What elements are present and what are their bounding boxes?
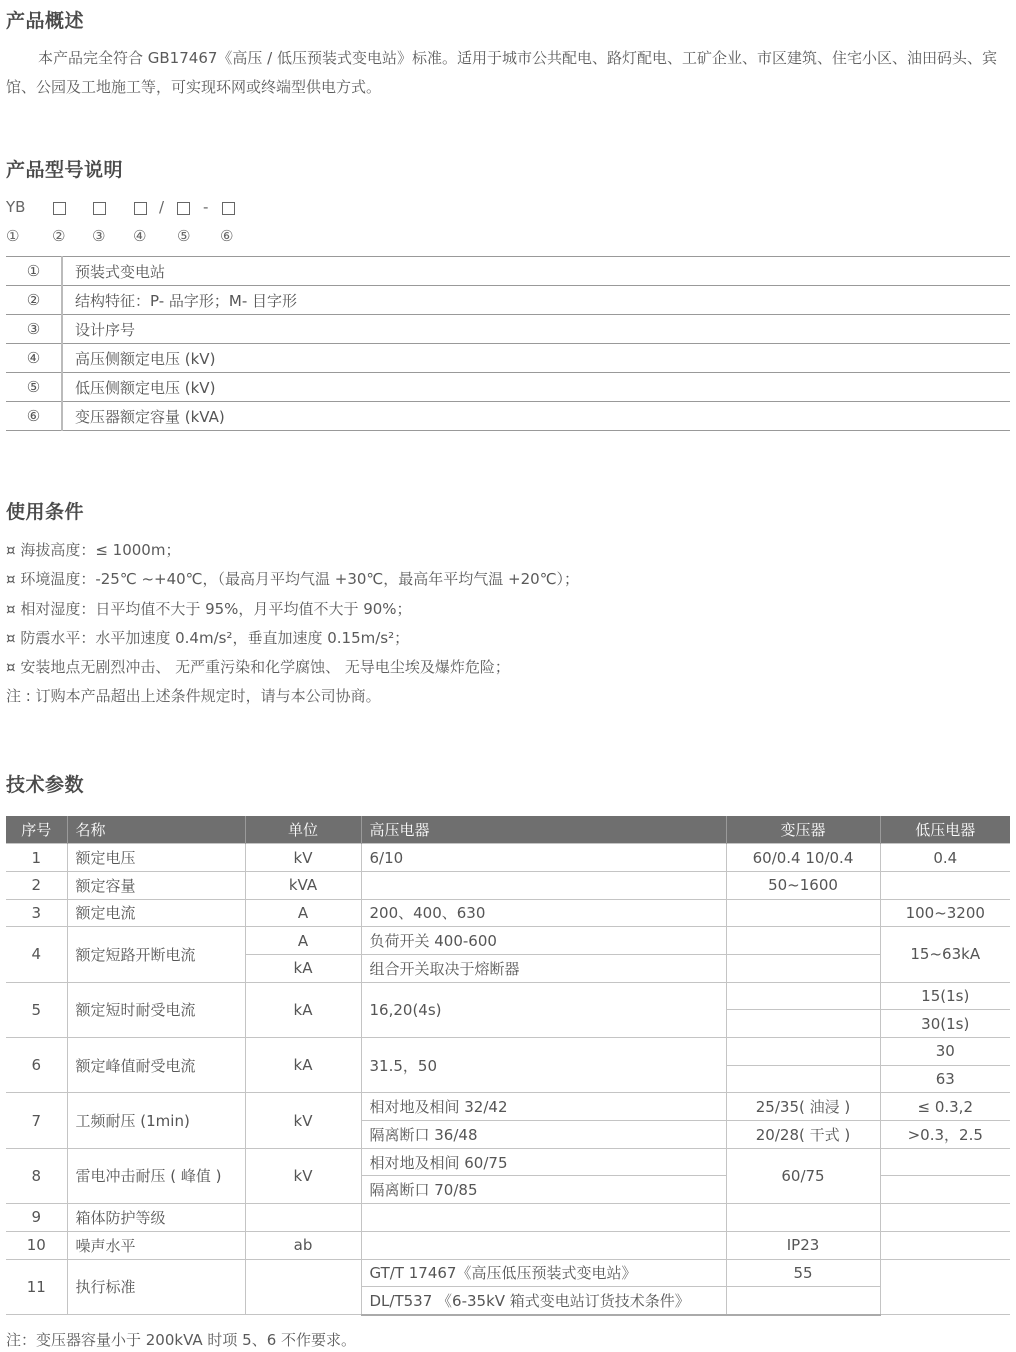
cell-no: 5 bbox=[6, 982, 67, 1037]
table-row: 6 额定峰值耐受电流 kA 31.5，50 30 bbox=[6, 1038, 1010, 1066]
table-row: 2 额定容量 kVA 50~1600 bbox=[6, 871, 1010, 899]
condition-text: 海拔高度：≤ 1000m； bbox=[20, 541, 180, 559]
cell-transformer: 20/28( 干式 ) bbox=[726, 1121, 880, 1149]
header-name: 名称 bbox=[67, 816, 245, 844]
cell-hv: 相对地及相间 32/42 bbox=[361, 1093, 726, 1121]
cell-hv bbox=[361, 1204, 726, 1232]
cell-transformer bbox=[726, 1010, 880, 1038]
condition-text: 防震水平：水平加速度 0.4m/s²，垂直加速度 0.15m/s²； bbox=[20, 629, 409, 647]
table-row: 1 额定电压 kV 6/10 60/0.4 10/0.4 0.4 bbox=[6, 844, 1010, 872]
cell-name: 额定短路开断电流 bbox=[67, 927, 245, 982]
placeholder-box-icon bbox=[53, 202, 66, 215]
table-row: ③设计序号 bbox=[6, 315, 1010, 344]
table-row: 8 雷电冲击耐压 ( 峰值 ) kV 相对地及相间 60/75 60/75 bbox=[6, 1148, 1010, 1176]
cell-lv: ≤ 0.3,2 bbox=[880, 1093, 1010, 1121]
cell-hv: 隔离断口 70/85 bbox=[361, 1176, 726, 1204]
item-description: 设计序号 bbox=[62, 315, 1010, 344]
cell-lv bbox=[880, 1259, 1010, 1315]
cell-unit: kA bbox=[245, 954, 361, 982]
item-number: ① bbox=[6, 257, 62, 286]
cell-hv bbox=[361, 871, 726, 899]
section-title-conditions: 使用条件 bbox=[6, 497, 84, 524]
header-unit: 单位 bbox=[245, 816, 361, 844]
cell-hv: 31.5，50 bbox=[361, 1038, 726, 1093]
conditions-note: 注 : 订购本产品超出上述条件规定时，请与本公司协商。 bbox=[6, 682, 579, 711]
cell-lv bbox=[880, 1148, 1010, 1176]
model-slash: / bbox=[159, 198, 164, 216]
cell-lv bbox=[880, 1231, 1010, 1259]
list-item: ¤ 环境温度：-25℃ ~+40℃，（最高月平均气温 +30℃，最高年平均气温 … bbox=[6, 565, 579, 594]
cell-no: 9 bbox=[6, 1204, 67, 1232]
cell-lv: >0.3，2.5 bbox=[880, 1121, 1010, 1149]
model-dash: - bbox=[203, 198, 208, 216]
header-no: 序号 bbox=[6, 816, 67, 844]
table-row: 11 执行标准 GT/T 17467《高压低压预装式变电站》 55 bbox=[6, 1259, 1010, 1287]
cell-transformer bbox=[726, 1287, 880, 1315]
cell-transformer: 25/35( 油浸 ) bbox=[726, 1093, 880, 1121]
marker: ① bbox=[6, 227, 19, 245]
cell-hv: GT/T 17467《高压低压预装式变电站》 bbox=[361, 1259, 726, 1287]
cell-hv: 负荷开关 400-600 bbox=[361, 927, 726, 955]
item-description: 低压侧额定电压 (kV) bbox=[62, 373, 1010, 402]
cell-lv: 100~3200 bbox=[880, 899, 1010, 927]
condition-text: 环境温度：-25℃ ~+40℃，（最高月平均气温 +30℃，最高年平均气温 +2… bbox=[20, 570, 579, 588]
cell-no: 4 bbox=[6, 927, 67, 982]
cell-no: 10 bbox=[6, 1231, 67, 1259]
placeholder-box-icon bbox=[177, 202, 190, 215]
tech-footnote: 注：变压器容量小于 200kVA 时项 5、6 不作要求。 bbox=[6, 1329, 356, 1350]
item-number: ⑤ bbox=[6, 373, 62, 402]
cell-transformer: IP23 bbox=[726, 1231, 880, 1259]
placeholder-box-icon bbox=[93, 202, 106, 215]
tech-params-table: 序号 名称 单位 高压电器 变压器 低压电器 1 额定电压 kV 6/10 60… bbox=[6, 816, 1010, 1316]
cell-name: 额定电流 bbox=[67, 899, 245, 927]
header-hv: 高压电器 bbox=[361, 816, 726, 844]
cell-hv: DL/T537 《6-35kV 箱式变电站订货技术条件》 bbox=[361, 1287, 726, 1315]
cell-name: 额定容量 bbox=[67, 871, 245, 899]
bullet-icon: ¤ bbox=[6, 629, 16, 647]
cell-lv bbox=[880, 871, 1010, 899]
cell-hv: 6/10 bbox=[361, 844, 726, 872]
cell-name: 工频耐压 (1min) bbox=[67, 1093, 245, 1148]
table-row: ⑤低压侧额定电压 (kV) bbox=[6, 373, 1010, 402]
cell-lv: 63 bbox=[880, 1065, 1010, 1093]
table-row: 10 噪声水平 ab IP23 bbox=[6, 1231, 1010, 1259]
cell-lv: 0.4 bbox=[880, 844, 1010, 872]
cell-lv: 15(1s) bbox=[880, 982, 1010, 1010]
table-row: ⑥变压器额定容量 (kVA) bbox=[6, 402, 1010, 431]
cell-transformer: 60/75 bbox=[726, 1148, 880, 1203]
table-row: 9 箱体防护等级 bbox=[6, 1204, 1010, 1232]
item-description: 预装式变电站 bbox=[62, 257, 1010, 286]
list-item: ¤ 相对湿度：日平均值不大于 95%，月平均值不大于 90%； bbox=[6, 595, 579, 624]
cell-unit: kA bbox=[245, 982, 361, 1037]
cell-no: 1 bbox=[6, 844, 67, 872]
marker: ④ bbox=[133, 227, 146, 245]
cell-transformer bbox=[726, 1038, 880, 1066]
item-description: 结构特征：P- 品字形；M- 目字形 bbox=[62, 286, 1010, 315]
cell-hv: 相对地及相间 60/75 bbox=[361, 1148, 726, 1176]
section-title-overview: 产品概述 bbox=[6, 6, 84, 33]
cell-transformer: 55 bbox=[726, 1259, 880, 1287]
cell-hv: 组合开关取决于熔断器 bbox=[361, 954, 726, 982]
list-item: ¤ 海拔高度：≤ 1000m； bbox=[6, 536, 579, 565]
cell-name: 雷电冲击耐压 ( 峰值 ) bbox=[67, 1148, 245, 1203]
model-prefix: YB bbox=[6, 198, 25, 216]
list-item: ¤ 安装地点无剧烈冲击、 无严重污染和化学腐蚀、 无导电尘埃及爆炸危险； bbox=[6, 653, 579, 682]
cell-unit: kVA bbox=[245, 871, 361, 899]
table-row: 4 额定短路开断电流 A 负荷开关 400-600 15~63kA bbox=[6, 927, 1010, 955]
item-description: 高压侧额定电压 (kV) bbox=[62, 344, 1010, 373]
header-lv: 低压电器 bbox=[880, 816, 1010, 844]
cell-transformer bbox=[726, 1204, 880, 1232]
table-header-row: 序号 名称 单位 高压电器 变压器 低压电器 bbox=[6, 816, 1010, 844]
cell-hv bbox=[361, 1231, 726, 1259]
cell-no: 7 bbox=[6, 1093, 67, 1148]
cell-name: 额定电压 bbox=[67, 844, 245, 872]
condition-text: 安装地点无剧烈冲击、 无严重污染和化学腐蚀、 无导电尘埃及爆炸危险； bbox=[20, 658, 510, 676]
cell-hv: 16,20(4s) bbox=[361, 982, 726, 1037]
marker: ⑥ bbox=[220, 227, 233, 245]
cell-transformer: 60/0.4 10/0.4 bbox=[726, 844, 880, 872]
cell-lv: 30(1s) bbox=[880, 1010, 1010, 1038]
cell-transformer bbox=[726, 927, 880, 955]
cell-transformer bbox=[726, 982, 880, 1010]
bullet-icon: ¤ bbox=[6, 600, 16, 618]
marker: ⑤ bbox=[177, 227, 190, 245]
cell-no: 6 bbox=[6, 1038, 67, 1093]
conditions-list: ¤ 海拔高度：≤ 1000m； ¤ 环境温度：-25℃ ~+40℃，（最高月平均… bbox=[6, 536, 579, 712]
cell-no: 11 bbox=[6, 1259, 67, 1315]
cell-transformer bbox=[726, 954, 880, 982]
cell-unit: kA bbox=[245, 1038, 361, 1093]
marker: ③ bbox=[92, 227, 105, 245]
cell-transformer bbox=[726, 1065, 880, 1093]
cell-unit bbox=[245, 1204, 361, 1232]
cell-name: 额定短时耐受电流 bbox=[67, 982, 245, 1037]
bullet-icon: ¤ bbox=[6, 541, 16, 559]
cell-unit: A bbox=[245, 927, 361, 955]
cell-hv: 隔离断口 36/48 bbox=[361, 1121, 726, 1149]
cell-transformer: 50~1600 bbox=[726, 871, 880, 899]
item-number: ⑥ bbox=[6, 402, 62, 431]
header-transformer: 变压器 bbox=[726, 816, 880, 844]
cell-no: 8 bbox=[6, 1148, 67, 1203]
item-number: ② bbox=[6, 286, 62, 315]
cell-no: 2 bbox=[6, 871, 67, 899]
model-legend-table: ①预装式变电站 ②结构特征：P- 品字形；M- 目字形 ③设计序号 ④高压侧额定… bbox=[6, 256, 1010, 431]
cell-lv: 30 bbox=[880, 1038, 1010, 1066]
item-number: ③ bbox=[6, 315, 62, 344]
marker: ② bbox=[52, 227, 65, 245]
cell-unit: A bbox=[245, 899, 361, 927]
list-item: ¤ 防震水平：水平加速度 0.4m/s²，垂直加速度 0.15m/s²； bbox=[6, 624, 579, 653]
cell-unit: kV bbox=[245, 844, 361, 872]
cell-unit: kV bbox=[245, 1148, 361, 1203]
cell-no: 3 bbox=[6, 899, 67, 927]
cell-transformer bbox=[726, 899, 880, 927]
placeholder-box-icon bbox=[134, 202, 147, 215]
cell-lv: 15~63kA bbox=[880, 927, 1010, 982]
overview-text: 本产品完全符合 GB17467《高压 / 低压预装式变电站》标准。适用于城市公共… bbox=[6, 44, 1010, 102]
cell-name: 执行标准 bbox=[67, 1259, 245, 1315]
cell-lv bbox=[880, 1176, 1010, 1204]
table-row: ④高压侧额定电压 (kV) bbox=[6, 344, 1010, 373]
table-row: ②结构特征：P- 品字形；M- 目字形 bbox=[6, 286, 1010, 315]
table-row: 7 工频耐压 (1min) kV 相对地及相间 32/42 25/35( 油浸 … bbox=[6, 1093, 1010, 1121]
cell-hv: 200、400、630 bbox=[361, 899, 726, 927]
condition-text: 相对湿度：日平均值不大于 95%，月平均值不大于 90%； bbox=[20, 600, 411, 618]
item-description: 变压器额定容量 (kVA) bbox=[62, 402, 1010, 431]
cell-lv bbox=[880, 1204, 1010, 1232]
cell-unit: ab bbox=[245, 1231, 361, 1259]
section-title-model: 产品型号说明 bbox=[6, 155, 123, 182]
cell-name: 噪声水平 bbox=[67, 1231, 245, 1259]
cell-name: 额定峰值耐受电流 bbox=[67, 1038, 245, 1093]
section-title-tech: 技术参数 bbox=[6, 770, 84, 797]
placeholder-box-icon bbox=[222, 202, 235, 215]
item-number: ④ bbox=[6, 344, 62, 373]
cell-name: 箱体防护等级 bbox=[67, 1204, 245, 1232]
cell-unit: kV bbox=[245, 1093, 361, 1148]
table-row: 5 额定短时耐受电流 kA 16,20(4s) 15(1s) bbox=[6, 982, 1010, 1010]
table-row: ①预装式变电站 bbox=[6, 257, 1010, 286]
cell-unit bbox=[245, 1259, 361, 1315]
table-row: 3 额定电流 A 200、400、630 100~3200 bbox=[6, 899, 1010, 927]
bullet-icon: ¤ bbox=[6, 658, 16, 676]
bullet-icon: ¤ bbox=[6, 570, 16, 588]
